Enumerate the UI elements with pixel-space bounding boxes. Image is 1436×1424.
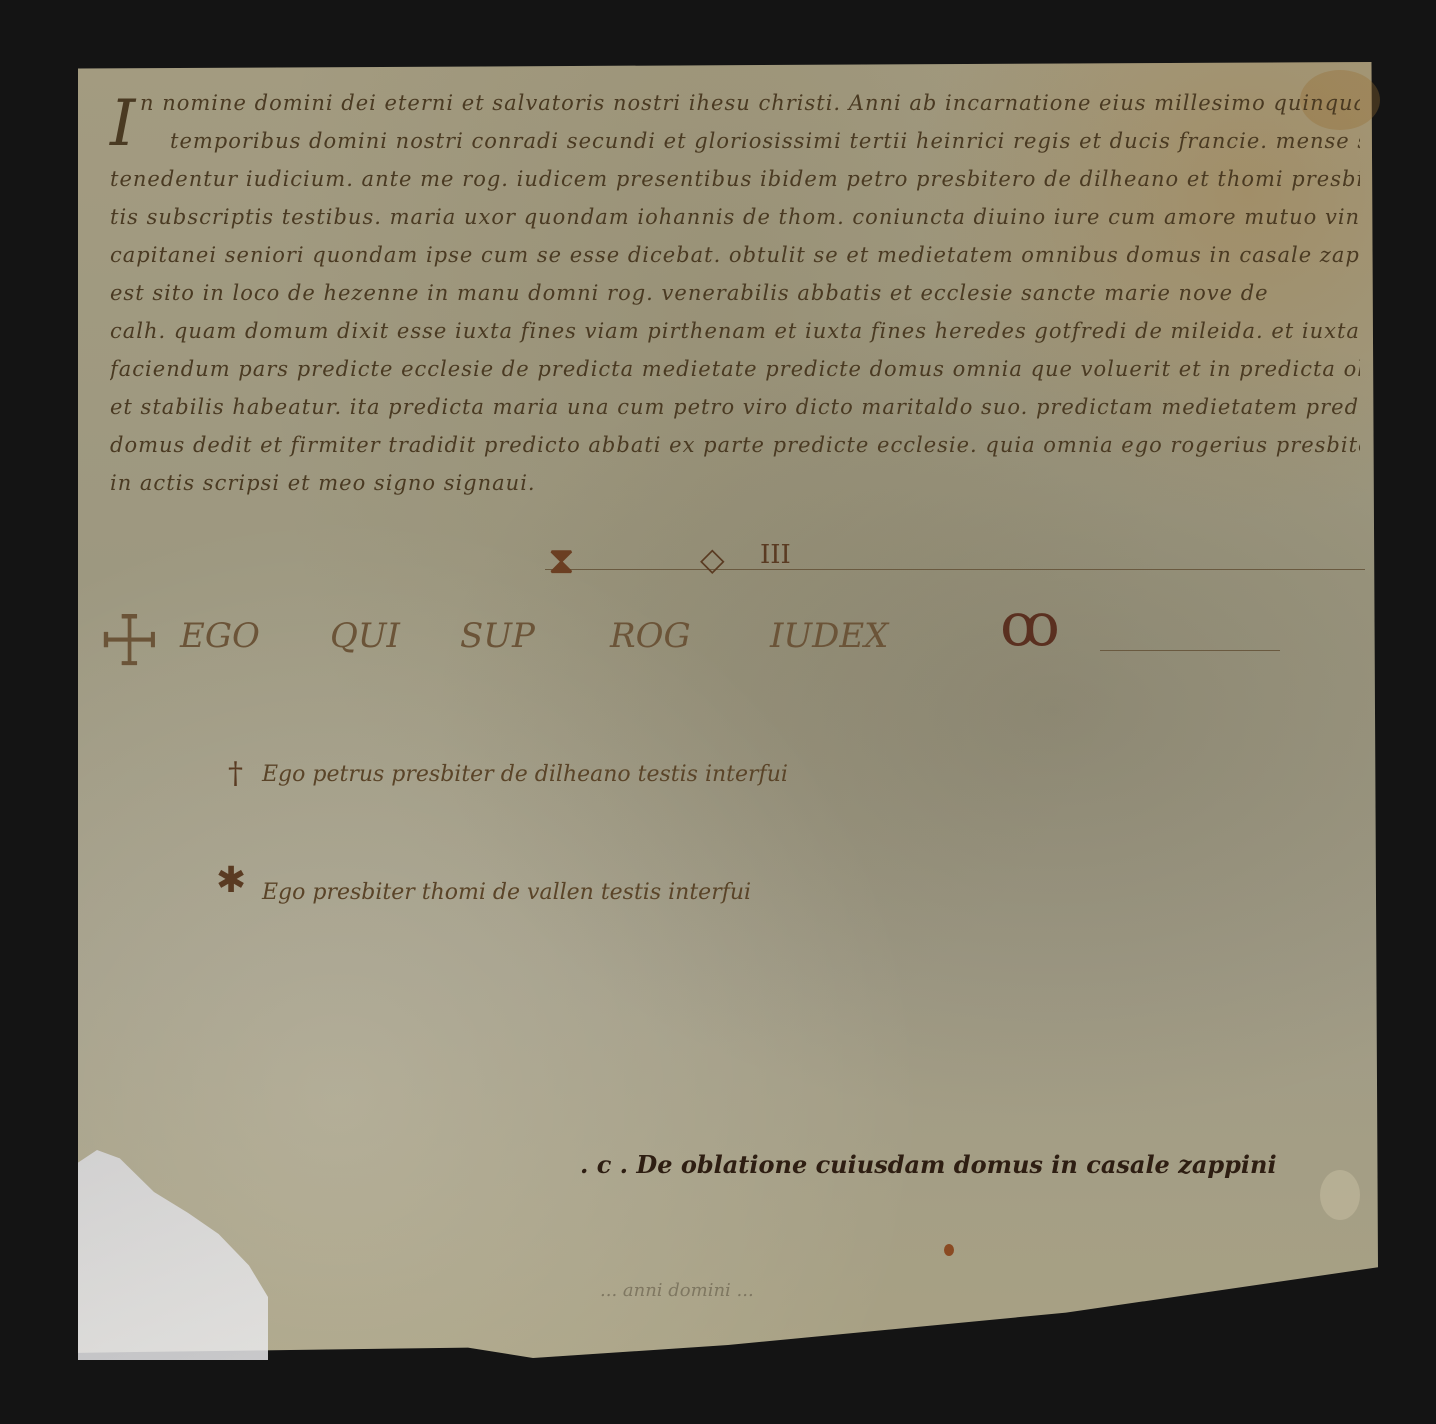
body-line: domus dedit et firmiter tradidit predict… <box>110 426 1360 464</box>
charter-body: n nomine domini dei eterni et salvatoris… <box>110 84 1360 502</box>
body-line: tis subscriptis testibus. maria uxor quo… <box>110 198 1360 236</box>
body-line: et stabilis habeatur. ita predicta maria… <box>110 388 1360 426</box>
witness-star-icon: ✱ <box>216 860 246 901</box>
body-line: faciendum pars predicte ecclesie de pred… <box>110 350 1360 388</box>
diamond-sign-icon: ◇ <box>700 540 725 578</box>
judge-subscription: EGO QUI SUP ROG IUDEX <box>90 600 1290 720</box>
subscription-word: IUDEX <box>770 616 888 656</box>
body-line: tenedentur iudicium. ante me rog. iudice… <box>110 160 1360 198</box>
endorsement-note: . c . De oblatione cuiusdam domus in cas… <box>580 1150 1277 1179</box>
body-line: est sito in loco de hezenne in manu domn… <box>110 274 1360 312</box>
body-line: in actis scripsi et meo signo signaui. <box>110 464 550 502</box>
stain-bottom-right <box>1320 1170 1360 1220</box>
witness-cross-icon: † <box>228 756 243 791</box>
subscription-word: SUP <box>460 616 535 656</box>
subscription-word: QUI <box>330 616 400 656</box>
monogram-sign-icon: ꝏ <box>1000 590 1060 660</box>
monogram-rule <box>1100 650 1280 651</box>
hourglass-sign-icon: ⧗ <box>548 538 575 583</box>
notarial-sign-rule <box>545 569 1365 570</box>
witness-line: Ego presbiter thomi de vallen testis int… <box>262 880 751 905</box>
subscription-word: ROG <box>610 616 691 656</box>
body-line: calh. quam domum dixit esse iuxta fines … <box>110 312 1360 350</box>
body-line: temporibus domini nostri conradi secundi… <box>110 122 1360 160</box>
witness-line: Ego petrus presbiter de dilheano testis … <box>262 762 788 787</box>
subscription-word: EGO <box>180 616 260 656</box>
body-line: n nomine domini dei eterni et salvatoris… <box>110 84 1360 122</box>
tally-sign-icon: III <box>760 540 791 570</box>
faint-note: ... anni domini ... <box>600 1280 754 1301</box>
red-spot <box>944 1244 954 1256</box>
body-line: capitanei seniori quondam ipse cum se es… <box>110 236 1360 274</box>
